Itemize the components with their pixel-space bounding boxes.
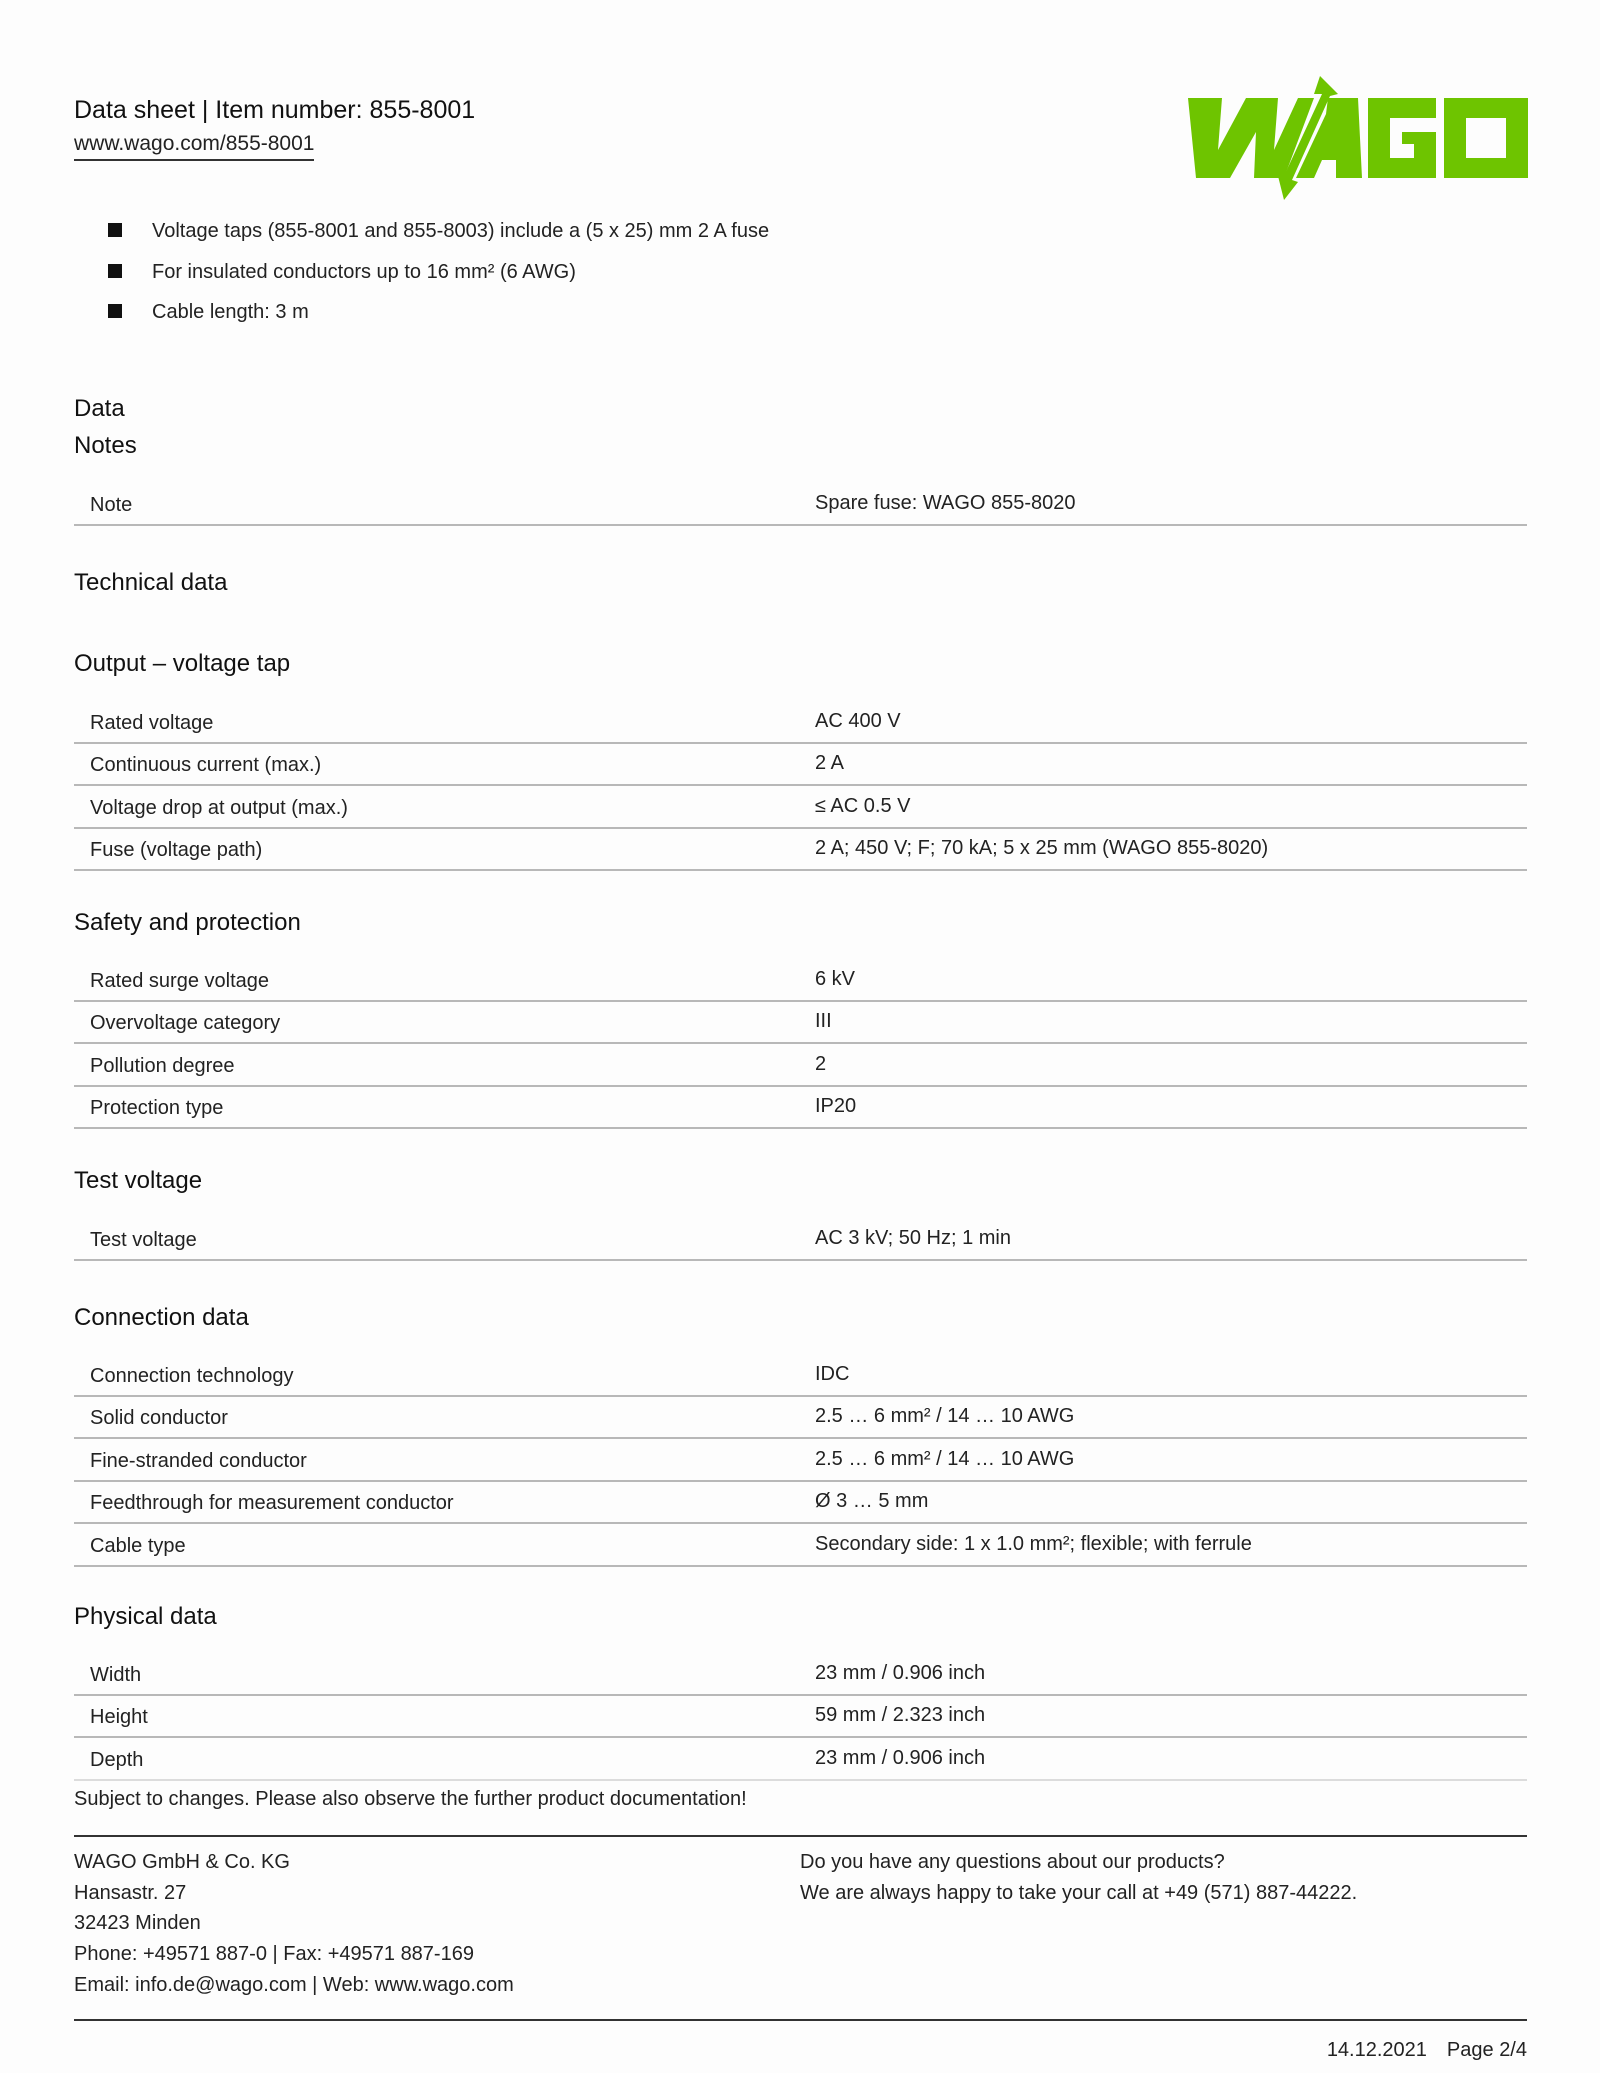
physical-heading: Physical data — [74, 1603, 217, 1631]
technical-data-heading: Technical data — [74, 569, 227, 597]
table-row: Rated surge voltage6 kV — [74, 959, 1527, 1002]
test-voltage-table: Test voltageAC 3 kV; 50 Hz; 1 min — [74, 1218, 1527, 1261]
connection-table: Connection technologyIDC Solid conductor… — [74, 1354, 1527, 1567]
page-info: 14.12.2021Page 2/4 — [1327, 2039, 1527, 2062]
table-row: Overvoltage categoryIII — [74, 1002, 1527, 1045]
page-title: Data sheet | Item number: 855-8001 — [74, 96, 475, 125]
table-row: Connection technologyIDC — [74, 1354, 1527, 1397]
table-row: Solid conductor2.5 … 6 mm² / 14 … 10 AWG — [74, 1397, 1527, 1440]
table-row: Continuous current (max.)2 A — [74, 744, 1527, 787]
notes-heading: Notes — [74, 432, 137, 460]
table-row: Fine-stranded conductor2.5 … 6 mm² / 14 … — [74, 1439, 1527, 1482]
output-table: Rated voltageAC 400 V Continuous current… — [74, 701, 1527, 871]
table-row: Protection typeIP20 — [74, 1087, 1527, 1130]
table-row: Depth23 mm / 0.906 inch — [74, 1738, 1527, 1781]
table-row: Fuse (voltage path)2 A; 450 V; F; 70 kA;… — [74, 829, 1527, 872]
table-row: Test voltageAC 3 kV; 50 Hz; 1 min — [74, 1218, 1527, 1261]
disclaimer-text: Subject to changes. Please also observe … — [74, 1788, 747, 1811]
table-row: Rated voltageAC 400 V — [74, 701, 1527, 744]
safety-heading: Safety and protection — [74, 909, 301, 937]
test-voltage-heading: Test voltage — [74, 1167, 202, 1195]
company-address: WAGO GmbH & Co. KG Hansastr. 27 32423 Mi… — [74, 1851, 514, 2004]
print-date: 14.12.2021 — [1327, 2039, 1427, 2061]
physical-table: Width23 mm / 0.906 inch Height59 mm / 2.… — [74, 1653, 1527, 1781]
bullet-square-icon — [108, 304, 122, 318]
connection-heading: Connection data — [74, 1304, 249, 1332]
table-row: Width23 mm / 0.906 inch — [74, 1653, 1527, 1696]
table-row: Feedthrough for measurement conductorØ 3… — [74, 1482, 1527, 1525]
bottom-divider — [74, 2019, 1527, 2021]
wago-logo — [1188, 76, 1530, 200]
row-label: Note — [90, 494, 132, 517]
table-row: Cable typeSecondary side: 1 x 1.0 mm²; f… — [74, 1524, 1527, 1567]
bullet-square-icon — [108, 223, 122, 237]
row-value: Spare fuse: WAGO 855-8020 — [815, 492, 1076, 515]
safety-table: Rated surge voltage6 kV Overvoltage cate… — [74, 959, 1527, 1129]
footer-divider — [74, 1835, 1527, 1837]
feature-item: Voltage taps (855-8001 and 855-8003) inc… — [108, 220, 769, 261]
notes-table: Note Spare fuse: WAGO 855-8020 — [74, 483, 1527, 526]
bullet-square-icon — [108, 264, 122, 278]
table-row: Pollution degree2 — [74, 1044, 1527, 1087]
page-number: Page 2/4 — [1447, 2039, 1527, 2061]
feature-item: Cable length: 3 m — [108, 301, 769, 342]
feature-item: For insulated conductors up to 16 mm² (6… — [108, 261, 769, 302]
product-url-link[interactable]: www.wago.com/855-8001 — [74, 132, 314, 161]
table-row: Voltage drop at output (max.)≤ AC 0.5 V — [74, 786, 1527, 829]
table-row: Note Spare fuse: WAGO 855-8020 — [74, 483, 1527, 526]
output-heading: Output – voltage tap — [74, 650, 290, 678]
feature-list: Voltage taps (855-8001 and 855-8003) inc… — [108, 220, 769, 342]
table-row: Height59 mm / 2.323 inch — [74, 1696, 1527, 1739]
data-heading: Data — [74, 395, 125, 423]
contact-info: Do you have any questions about our prod… — [800, 1851, 1357, 1912]
